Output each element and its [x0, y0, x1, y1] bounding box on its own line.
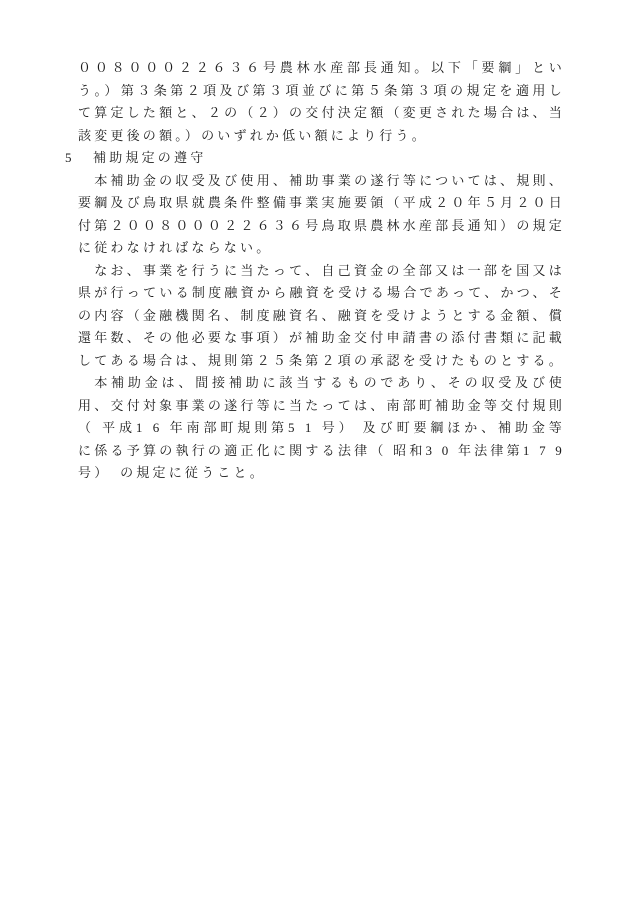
- document-page: ００８０００２２６３６号農林水産部長通知。以下「要綱」とい う。）第３条第２項及…: [0, 0, 630, 903]
- text-line: 号） の規定に従うこと。: [78, 462, 565, 485]
- text-line: 付第２００８０００２２６３６号鳥取県農林水産部長通知）の規定: [78, 215, 565, 238]
- text-line: の内容（金融機関名、制度融資名、融資を受けようとする金額、償: [78, 305, 565, 328]
- text-line: 該変更後の額。）のいずれか低い額により行う。: [78, 125, 565, 148]
- text-line: に従わなければならない。: [78, 237, 565, 260]
- text-line: 本補助金の収受及び使用、補助事業の遂行等については、規則、: [78, 170, 565, 193]
- text-line: ００８０００２２６３６号農林水産部長通知。以下「要綱」とい: [78, 57, 565, 80]
- text-line: なお、事業を行うに当たって、自己資金の全部又は一部を国又は: [78, 260, 565, 283]
- text-line: 用、交付対象事業の遂行等に当たっては、南部町補助金等交付規則: [78, 395, 565, 418]
- paragraph-compliance: 本補助金の収受及び使用、補助事業の遂行等については、規則、 要綱及び鳥取県就農条…: [78, 170, 565, 260]
- paragraph-indirect-subsidy: 本補助金は、間接補助に該当するものであり、その収受及び使 用、交付対象事業の遂行…: [78, 372, 565, 485]
- text-line: う。）第３条第２項及び第３項並びに第５条第３項の規定を適用し: [78, 80, 565, 103]
- text-line: 本補助金は、間接補助に該当するものであり、その収受及び使: [78, 372, 565, 395]
- text-line: 要綱及び鳥取県就農条件整備事業実施要領（平成２０年５月２０日: [78, 192, 565, 215]
- text-line: 還年数、その他必要な事項）が補助金交付申請書の添付書類に記載: [78, 327, 565, 350]
- text-line: 県が行っている制度融資から融資を受ける場合であって、かつ、そ: [78, 282, 565, 305]
- document-body: ００８０００２２６３６号農林水産部長通知。以下「要綱」とい う。）第３条第２項及…: [78, 57, 565, 485]
- section-number: 5: [65, 147, 93, 170]
- paragraph-financing: なお、事業を行うに当たって、自己資金の全部又は一部を国又は 県が行っている制度融…: [78, 260, 565, 373]
- text-line: （ 平成1 6 年南部町規則第5 1 号） 及び町要綱ほか、補助金等: [78, 417, 565, 440]
- section-title: 補助規定の遵守: [93, 150, 206, 165]
- carryover-paragraph: ００８０００２２６３６号農林水産部長通知。以下「要綱」とい う。）第３条第２項及…: [78, 57, 565, 147]
- section-5-heading: 5補助規定の遵守: [65, 147, 565, 170]
- text-line: に係る予算の執行の適正化に関する法律（ 昭和3 0 年法律第1 7 9: [78, 440, 565, 463]
- text-line: してある場合は、規則第２５条第２項の承認を受けたものとする。: [78, 350, 565, 373]
- text-line: て算定した額と、２の（２）の交付決定額（変更された場合は、当: [78, 102, 565, 125]
